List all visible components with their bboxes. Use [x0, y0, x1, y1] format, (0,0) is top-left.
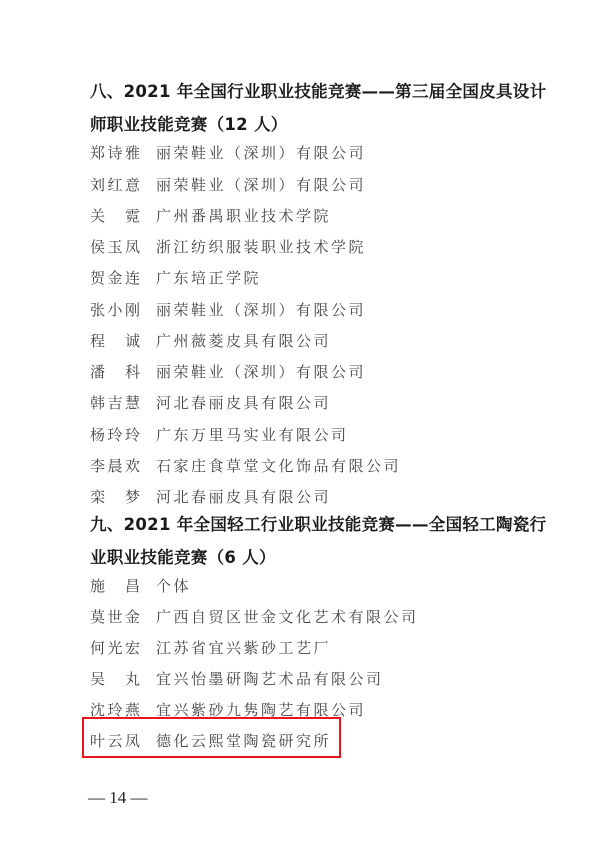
section-9-heading-line2: 业职业技能竞赛（6 人） — [90, 548, 276, 568]
page-number: — 14 — — [88, 788, 148, 808]
list-item: 侯玉凤浙江纺织服装职业技术学院 — [90, 237, 366, 257]
list-item: 张小刚丽荣鞋业（深圳）有限公司 — [90, 300, 366, 320]
person-name: 莫世金 — [90, 607, 156, 627]
person-name: 潘 科 — [90, 362, 156, 382]
person-name: 贺金连 — [90, 268, 156, 288]
organization: 广东培正学院 — [156, 268, 261, 288]
organization: 丽荣鞋业（深圳）有限公司 — [156, 143, 366, 163]
section-8-heading-line2: 师职业技能竞赛（12 人） — [90, 115, 288, 135]
organization: 丽荣鞋业（深圳）有限公司 — [156, 175, 366, 195]
person-name: 张小刚 — [90, 300, 156, 320]
list-item: 程 诚广州薇菱皮具有限公司 — [90, 331, 331, 351]
list-item: 潘 科丽荣鞋业（深圳）有限公司 — [90, 362, 366, 382]
organization: 江苏省宜兴紫砂工艺厂 — [156, 638, 331, 658]
organization: 广州薇菱皮具有限公司 — [156, 331, 331, 351]
list-item: 莫世金广西自贸区世金文化艺术有限公司 — [90, 607, 419, 627]
highlight-box — [82, 717, 341, 758]
person-name: 李晨欢 — [90, 456, 156, 476]
person-name: 关 霓 — [90, 206, 156, 226]
list-item: 贺金连广东培正学院 — [90, 268, 261, 288]
organization: 河北春丽皮具有限公司 — [156, 393, 331, 413]
organization: 浙江纺织服装职业技术学院 — [156, 237, 366, 257]
person-name: 施 昌 — [90, 576, 156, 596]
list-item: 韩吉慧河北春丽皮具有限公司 — [90, 393, 331, 413]
person-name: 栾 梦 — [90, 487, 156, 507]
organization: 丽荣鞋业（深圳）有限公司 — [156, 362, 366, 382]
organization: 宜兴怡墨研陶艺术品有限公司 — [156, 669, 384, 689]
list-item: 郑诗雅丽荣鞋业（深圳）有限公司 — [90, 143, 366, 163]
organization: 个体 — [156, 576, 191, 596]
organization: 广西自贸区世金文化艺术有限公司 — [156, 607, 419, 627]
list-item: 何光宏江苏省宜兴紫砂工艺厂 — [90, 638, 331, 658]
organization: 广州番禺职业技术学院 — [156, 206, 331, 226]
organization: 广东万里马实业有限公司 — [156, 425, 349, 445]
organization: 河北春丽皮具有限公司 — [156, 487, 331, 507]
person-name: 韩吉慧 — [90, 393, 156, 413]
person-name: 何光宏 — [90, 638, 156, 658]
person-name: 程 诚 — [90, 331, 156, 351]
person-name: 郑诗雅 — [90, 143, 156, 163]
list-item: 刘红意丽荣鞋业（深圳）有限公司 — [90, 175, 366, 195]
list-item: 施 昌个体 — [90, 576, 191, 596]
document-page: 八、2021 年全国行业职业技能竞赛——第三届全国皮具设计 师职业技能竞赛（12… — [0, 0, 600, 848]
list-item: 李晨欢石家庄食草堂文化饰品有限公司 — [90, 456, 401, 476]
list-item: 关 霓广州番禺职业技术学院 — [90, 206, 331, 226]
list-item: 吴 丸宜兴怡墨研陶艺术品有限公司 — [90, 669, 384, 689]
organization: 丽荣鞋业（深圳）有限公司 — [156, 300, 366, 320]
person-name: 侯玉凤 — [90, 237, 156, 257]
list-item: 栾 梦河北春丽皮具有限公司 — [90, 487, 331, 507]
list-item: 杨玲玲广东万里马实业有限公司 — [90, 425, 349, 445]
section-9-heading-line1: 九、2021 年全国轻工行业职业技能竞赛——全国轻工陶瓷行 — [90, 515, 546, 535]
person-name: 吴 丸 — [90, 669, 156, 689]
person-name: 刘红意 — [90, 175, 156, 195]
section-8-heading-line1: 八、2021 年全国行业职业技能竞赛——第三届全国皮具设计 — [90, 82, 546, 102]
organization: 石家庄食草堂文化饰品有限公司 — [156, 456, 401, 476]
person-name: 杨玲玲 — [90, 425, 156, 445]
